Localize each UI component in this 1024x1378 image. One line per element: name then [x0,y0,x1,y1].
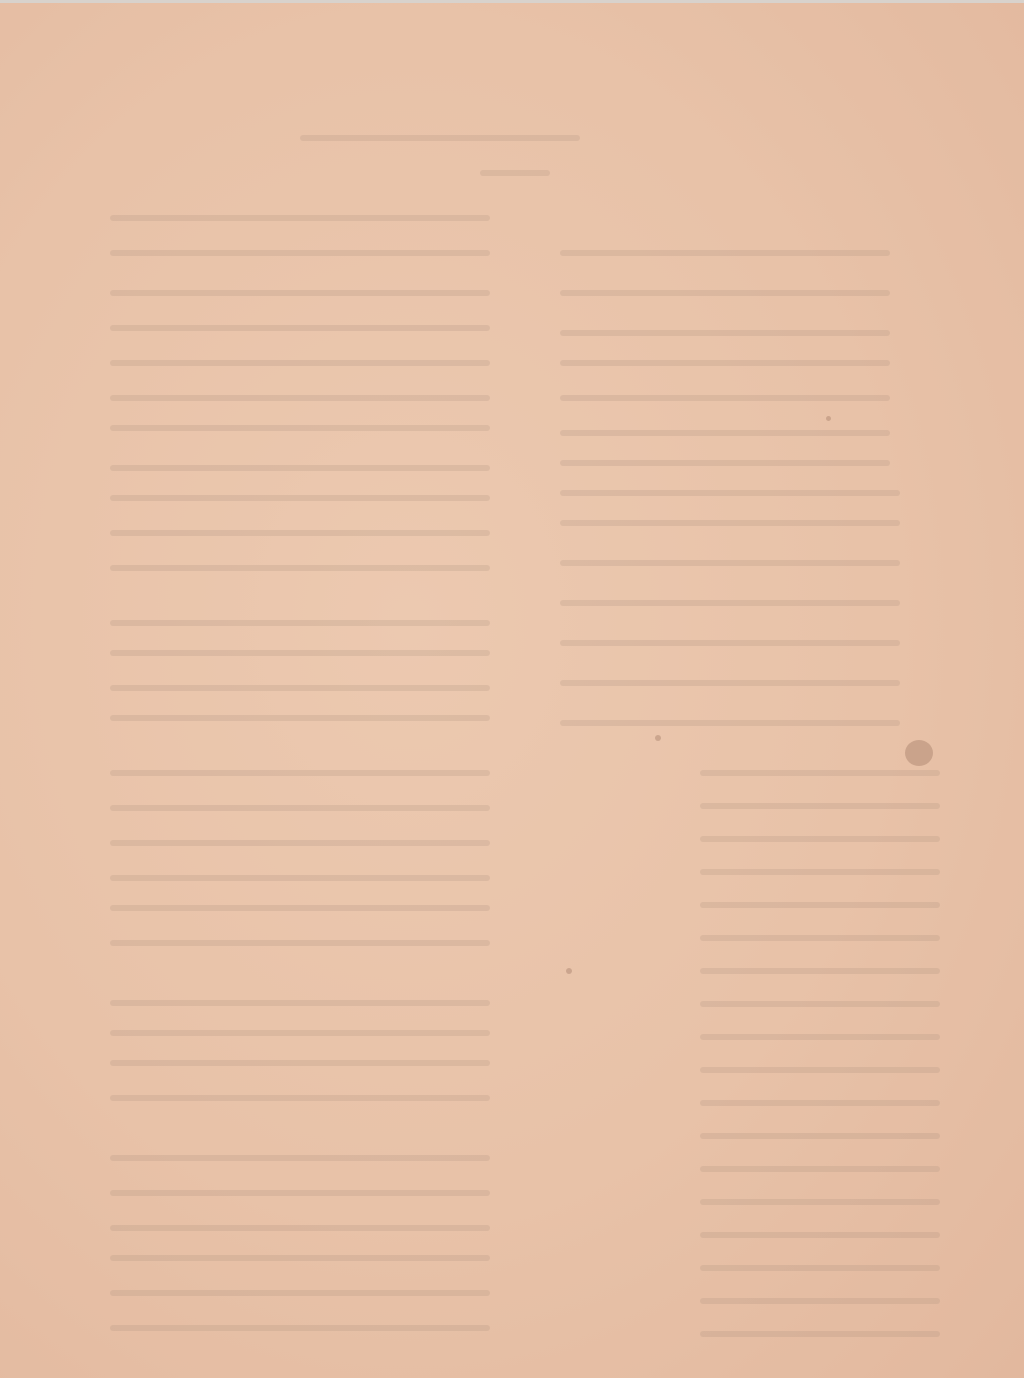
faint-text-line [560,560,900,566]
faint-text-line [110,215,490,221]
faint-text-line [110,530,490,536]
faint-text-line [700,836,940,842]
faint-text-line [110,620,490,626]
scan-edge [0,0,1024,3]
faint-text-line [110,290,490,296]
faint-text-line [110,715,490,721]
ink-spot [905,740,933,766]
faint-text-line [110,360,490,366]
faint-text-line [560,460,890,466]
faint-text-line [700,1067,940,1073]
faint-text-line [560,640,900,646]
faint-text-line [700,935,940,941]
faint-text-line [110,940,490,946]
faint-text-line [700,902,940,908]
faint-text-line [700,1199,940,1205]
faint-text-line [110,1290,490,1296]
ink-spot [826,416,831,421]
faint-text-line [110,650,490,656]
faint-text-line [110,465,490,471]
faint-text-line [560,600,900,606]
faint-text-line [110,1325,490,1331]
faint-text-line [560,250,890,256]
faint-text-line [110,1060,490,1066]
faint-text-line [560,395,890,401]
faint-text-line [110,875,490,881]
faint-text-line [560,430,890,436]
faint-text-line [110,685,490,691]
faint-text-line [560,290,890,296]
faint-text-line [560,330,890,336]
faint-text-line [110,905,490,911]
faint-text-line [110,425,490,431]
faint-text-line [700,770,940,776]
faint-text-line [700,1133,940,1139]
faint-text-line [110,840,490,846]
faint-text-line [700,1298,940,1304]
faint-text-line [110,1225,490,1231]
faint-text-line [700,869,940,875]
faint-text-line [110,1255,490,1261]
faint-text-line [700,968,940,974]
faint-text-line [700,1001,940,1007]
faint-text-line [560,720,900,726]
faint-text-line [110,1190,490,1196]
faint-text-line [480,170,550,176]
faint-text-line [700,1331,940,1337]
faint-text-line [110,1155,490,1161]
faint-text-line [110,325,490,331]
ink-spot [655,735,661,741]
faint-text-line [110,250,490,256]
faint-text-line [560,490,900,496]
faint-text-line [700,803,940,809]
faint-text-line [110,1000,490,1006]
faint-text-line [560,360,890,366]
faint-text-line [700,1100,940,1106]
faint-text-line [110,770,490,776]
faint-text-line [700,1265,940,1271]
faint-text-line [110,495,490,501]
faint-text-line [110,395,490,401]
faint-text-line [700,1034,940,1040]
faint-text-line [110,805,490,811]
faint-text-line [110,1030,490,1036]
faint-text-line [560,680,900,686]
faint-text-line [300,135,580,141]
faint-text-line [110,565,490,571]
ink-spot [566,968,572,974]
faint-text-line [560,520,900,526]
scanned-paper-page [0,0,1024,1378]
faint-text-line [700,1232,940,1238]
faint-text-line [700,1166,940,1172]
faint-text-line [110,1095,490,1101]
